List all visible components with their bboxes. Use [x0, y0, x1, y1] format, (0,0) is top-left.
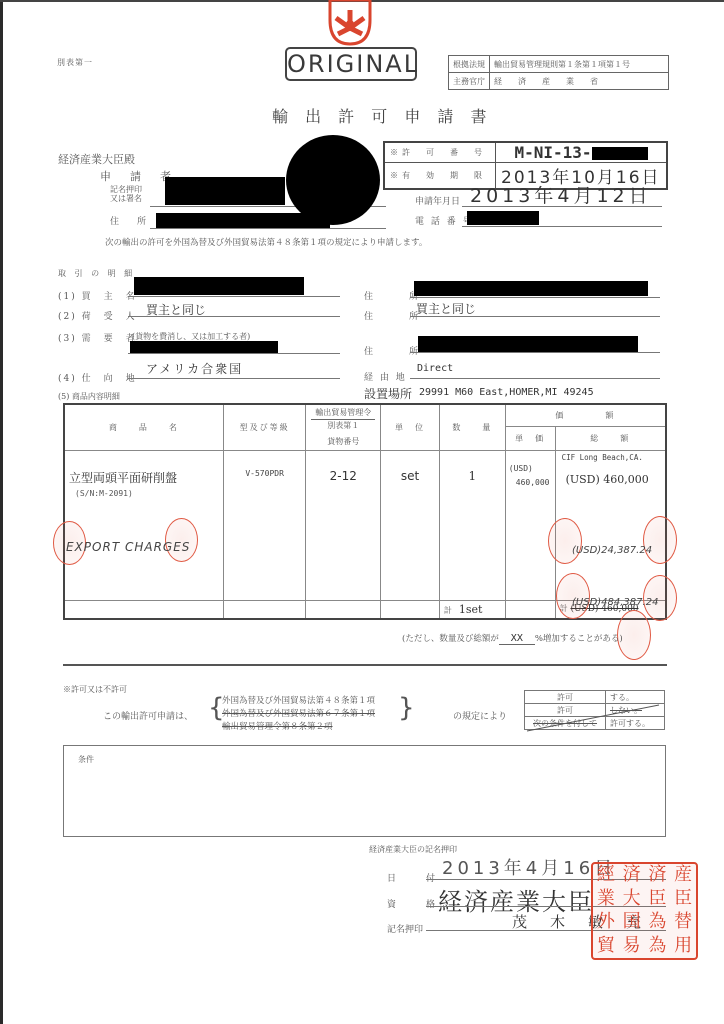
legal-basis-label: 根拠法規	[449, 56, 490, 73]
unit-cell: set	[381, 450, 440, 600]
applicant-address-redaction	[156, 213, 330, 228]
via-label: 経 由 地	[364, 370, 407, 383]
form-number: 別表第一	[57, 57, 93, 68]
seal-glyph: 外	[593, 911, 619, 935]
original-stamp: ORIGINAL	[285, 47, 417, 81]
law-option-3: 輸出貿易管理令第８条第２項	[222, 721, 375, 734]
total-value: (USD) 460,000	[566, 473, 649, 486]
seal-glyph: 済	[619, 864, 645, 888]
seal-glyph: 經	[593, 864, 619, 888]
permit-number-value: M-NI-13-	[496, 142, 668, 163]
addressee: 経済産業大臣殿	[58, 151, 135, 167]
tolerance-suffix: %増加することがある)	[535, 634, 623, 644]
buyer-address-underline	[410, 297, 660, 298]
minister-title-label: 資 格	[387, 897, 439, 910]
minister-date-label: 日 付	[387, 871, 439, 884]
header-export-order-line2: 別表第１	[307, 420, 379, 432]
header-total: 総 額	[555, 426, 666, 450]
ministry-official-seal: 經済済産 業大臣臣 外国為替 貿易為用	[591, 862, 698, 960]
decision-intro: この輸出許可申請は、	[103, 709, 193, 722]
top-seal-icon	[328, 0, 372, 46]
end-user-redaction	[130, 341, 278, 353]
minister-sign-label: 記名押印	[387, 922, 423, 935]
buyer-name-redaction	[134, 277, 304, 295]
header-export-order-line1: 輸出貿易管理令	[311, 407, 375, 420]
sum-empty-1	[64, 600, 223, 619]
applicant-name-redaction	[165, 177, 285, 205]
permit-number-redaction	[592, 147, 648, 160]
ministry-label: 主務官庁	[449, 73, 490, 90]
seal-glyph: 貿	[593, 935, 619, 959]
product-name: 立型両頭平面研削盤	[69, 469, 219, 486]
consignee-underline	[128, 316, 340, 317]
applicant-label: 申 請 者	[100, 168, 175, 184]
header-product-name: 商 品 名	[64, 404, 223, 450]
seal-glyph: 済	[645, 864, 671, 888]
header-quantity: 数 量	[439, 404, 505, 450]
sum-empty-5	[505, 600, 555, 619]
seal-glyph: 用	[670, 935, 696, 959]
application-date-value: 2013年4月12日	[470, 181, 652, 208]
sum-empty-4	[381, 600, 440, 619]
seal-glyph: 産	[670, 864, 696, 888]
seal-stamp-5	[556, 573, 590, 619]
sign-label: 記名押印 又は署名	[110, 185, 142, 203]
scan-edge-left	[0, 0, 3, 1024]
model-cell: V-570PDR	[223, 450, 306, 600]
phone-underline	[462, 226, 662, 227]
destination-value: アメリカ合衆国	[146, 360, 243, 377]
tolerance-prefix: (ただし、数量及び総額が	[402, 634, 499, 644]
header-price: 価 額	[505, 404, 666, 426]
end-user-underline	[128, 353, 340, 354]
end-user-label: (3) 需 要 者	[58, 331, 137, 344]
seal-glyph: 易	[619, 935, 645, 959]
application-statement: 次の輸出の許可を外国為替及び外国貿易法第４８条第１項の規定により申請します。	[105, 236, 427, 248]
seal-glyph: 大	[619, 888, 645, 912]
legal-basis-box: 根拠法規 輸出貿易管理規則第１条第１項第１号 主務官庁 経 済 産 業 省	[448, 55, 669, 90]
legal-basis-value: 輸出貿易管理規則第１条第１項第１号	[490, 56, 669, 73]
handwritten-total: (USD)484,387.24	[572, 597, 658, 608]
result-1-a: 許可	[525, 691, 606, 704]
quantity-cell: 1	[439, 450, 505, 600]
result-1-b: する。	[606, 691, 665, 704]
end-user-address-label: 住 所	[364, 344, 424, 357]
section-divider	[63, 664, 667, 666]
product-name-cell: 立型両頭平面研削盤 (S/N:M-2091)	[64, 450, 223, 600]
header-unit: 単 位	[381, 404, 440, 450]
applicant-address-label: 住 所	[110, 214, 146, 227]
applicant-seal-redaction	[286, 135, 380, 225]
incoterm: CIF Long Beach,CA.	[562, 453, 643, 462]
permit-number-text: M-NI-13-	[514, 143, 591, 162]
seal-glyph: 替	[670, 911, 696, 935]
tolerance-value: XX	[499, 633, 535, 645]
seal-glyph: 臣	[670, 888, 696, 912]
transaction-section-label: 取 引 の 明 細	[58, 268, 135, 279]
sign-label-line2: 又は署名	[110, 194, 142, 203]
sum-empty-3	[306, 600, 381, 619]
law-options: 外国為替及び外国貿易法第４８条第１項 外国為替及び外国貿易法第６７条第１項 輸出…	[222, 695, 375, 734]
header-model: 型及び等級	[223, 404, 306, 450]
via-underline	[410, 378, 660, 379]
destination-label: (4) 仕 向 地	[58, 371, 137, 384]
install-location-value: 29991 M60 East,HOMER,MI 49245	[419, 387, 594, 398]
tolerance-line: (ただし、数量及び総額がXX%増加することがある)	[402, 632, 623, 645]
header-export-order-line3: 貨物番号	[307, 436, 379, 448]
header-unit-price: 単 価	[505, 426, 555, 450]
seal-glyph: 為	[645, 935, 671, 959]
seal-glyph: 臣	[645, 888, 671, 912]
phone-redaction	[467, 211, 539, 225]
buyer-underline	[128, 296, 340, 297]
sum-quantity: 1set	[459, 603, 483, 616]
sum-label: 計	[444, 606, 452, 615]
quantity-value: 1	[440, 451, 505, 483]
end-user-address-redaction	[418, 336, 638, 352]
buyer-address-redaction	[414, 281, 648, 296]
application-date-label: 申請年月日	[415, 194, 460, 207]
law-option-1: 外国為替及び外国貿易法第４８条第１項	[222, 695, 375, 708]
sign-label-line1: 記名押印	[110, 185, 142, 194]
product-serial: (S/N:M-2091)	[75, 489, 219, 498]
unit-price-value: 460,000	[516, 478, 550, 487]
conditions-label: 条件	[78, 754, 94, 765]
sum-empty-2	[223, 600, 306, 619]
brace-right-icon: }	[398, 693, 415, 723]
application-date-underline	[462, 206, 662, 207]
handwritten-charge: (USD)24,387.24	[572, 545, 652, 556]
header-export-order: 輸出貿易管理令 別表第１ 貨物番号	[306, 404, 381, 450]
conditions-box: 条件	[63, 745, 666, 837]
decision-suffix: の規定により	[453, 709, 507, 722]
consignee-address-value: 買主と同じ	[416, 300, 476, 317]
seal-stamp-3	[548, 518, 582, 564]
buyer-label: (1) 買 主 名	[58, 289, 137, 302]
end-user-address-underline	[410, 352, 660, 353]
sum-quantity-cell: 計 1set	[439, 600, 505, 619]
law-option-2: 外国為替及び外国貿易法第６７条第１項	[222, 708, 375, 721]
permit-number-label: ※許 可 番 号	[384, 142, 496, 163]
consignee-label: (2) 荷 受 人	[58, 309, 137, 322]
document-title: 輸 出 許 可 申 請 書	[272, 104, 493, 127]
destination-underline	[128, 378, 340, 379]
strike-diagonal-line	[525, 703, 661, 733]
item-number-cell: 2-12	[306, 450, 381, 600]
decision-label: ※許可又は不許可	[63, 684, 127, 695]
unit-price-currency: (USD)	[509, 464, 533, 473]
via-value: Direct	[417, 363, 453, 374]
ministry-value: 経 済 産 業 省	[490, 73, 669, 90]
seal-glyph: 業	[593, 888, 619, 912]
address-underline	[150, 228, 386, 229]
unit-price-cell: (USD) 460,000	[505, 450, 555, 600]
goods-detail-label: (5) 商品内容明細	[58, 391, 120, 402]
install-location-label: 設置場所	[364, 385, 412, 402]
seal-glyph: 国	[619, 911, 645, 935]
seal-glyph: 為	[645, 911, 671, 935]
seal-stamp-4	[643, 516, 677, 564]
handwritten-export-charges: EXPORT CHARGES	[66, 540, 190, 554]
consignee-address-underline	[410, 316, 660, 317]
